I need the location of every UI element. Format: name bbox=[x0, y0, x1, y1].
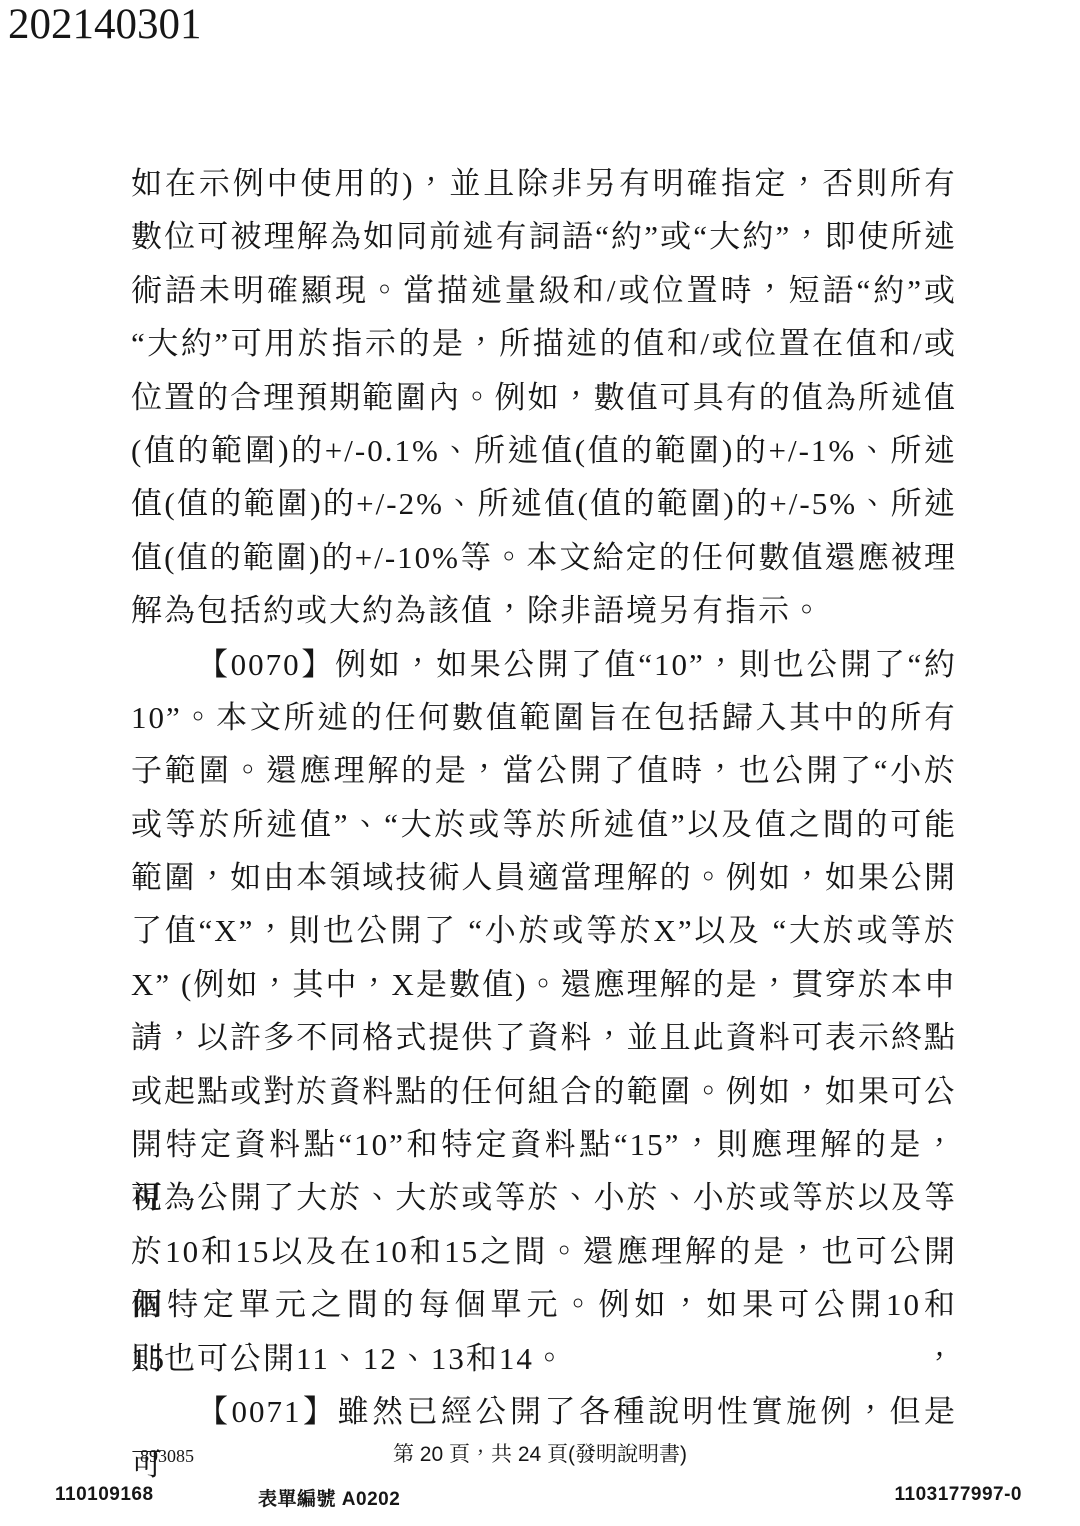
body-text-line: 子範圍。還應理解的是，當公開了值時，也公開了“小於 bbox=[131, 744, 957, 797]
body-text-line: 位置的合理預期範圍內。例如，數值可具有的值為所述值 bbox=[131, 371, 957, 424]
body-text-line: 請，以許多不同格式提供了資料，並且此資料可表示終點 bbox=[131, 1011, 957, 1064]
body-text-line: 【0070】例如，如果公開了值“10”，則也公開了“約 bbox=[131, 638, 957, 691]
body-text-line: 10”。本文所述的任何數值範圍旨在包括歸入其中的所有 bbox=[131, 691, 957, 744]
document-control-number: 1103177997-0 bbox=[894, 1484, 1022, 1506]
body-text-line: 如在示例中使用的)，並且除非另有明確指定，否則所有 bbox=[131, 157, 957, 210]
body-text-line: 值(值的範圍)的+/-2%、所述值(值的範圍)的+/-5%、所述 bbox=[131, 477, 957, 530]
form-number-label: 表單編號 A0202 bbox=[258, 1484, 400, 1511]
body-text-line: 視為公開了大於、大於或等於、小於、小於或等於以及等 bbox=[131, 1171, 957, 1224]
body-text-line: 或等於所述值”、“大於或等於所述值”以及值之間的可能 bbox=[131, 798, 957, 851]
document-body: 如在示例中使用的)，並且除非另有明確指定，否則所有數位可被理解為如同前述有詞語“… bbox=[131, 157, 957, 1438]
body-text-line: 解為包括約或大約為該值，除非語境另有指示。 bbox=[131, 584, 957, 637]
body-text-line: 開特定資料點“10”和特定資料點“15”，則應理解的是，可 bbox=[131, 1118, 957, 1171]
body-text-line: X” (例如，其中，X是數值)。還應理解的是，貫穿於本申 bbox=[131, 958, 957, 1011]
body-text-line: 個特定單元之間的每個單元。例如，如果可公開10和15， bbox=[131, 1278, 957, 1331]
body-text-line: “大約”可用於指示的是，所描述的值和/或位置在值和/或 bbox=[131, 317, 957, 370]
patent-document-page: 202140301 如在示例中使用的)，並且除非另有明確指定，否則所有數位可被理… bbox=[0, 0, 1080, 1526]
body-text-line: 範圍，如由本領域技術人員適當理解的。例如，如果公開 bbox=[131, 851, 957, 904]
body-text-line: 數位可被理解為如同前述有詞語“約”或“大約”，即使所述 bbox=[131, 210, 957, 263]
body-text-line: 值(值的範圍)的+/-10%等。本文給定的任何數值還應被理 bbox=[131, 531, 957, 584]
application-number: 110109168 bbox=[55, 1484, 154, 1506]
page-number-indicator: 第 20 頁，共 24 頁(發明說明書) bbox=[0, 1438, 1080, 1468]
body-text-line: 或起點或對於資料點的任何組合的範圍。例如，如果可公 bbox=[131, 1065, 957, 1118]
body-text-line: 【0071】雖然已經公開了各種說明性實施例，但是可 bbox=[131, 1385, 957, 1438]
body-text-line: 於10和15以及在10和15之間。還應理解的是，也可公開兩 bbox=[131, 1225, 957, 1278]
body-text-line: (值的範圍)的+/-0.1%、所述值(值的範圍)的+/-1%、所述 bbox=[131, 424, 957, 477]
body-text-line: 術語未明確顯現。當描述量級和/或位置時，短語“約”或 bbox=[131, 264, 957, 317]
publication-number: 202140301 bbox=[8, 0, 202, 49]
body-text-line: 了值“X”，則也公開了 “小於或等於X”以及 “大於或等於 bbox=[131, 904, 957, 957]
